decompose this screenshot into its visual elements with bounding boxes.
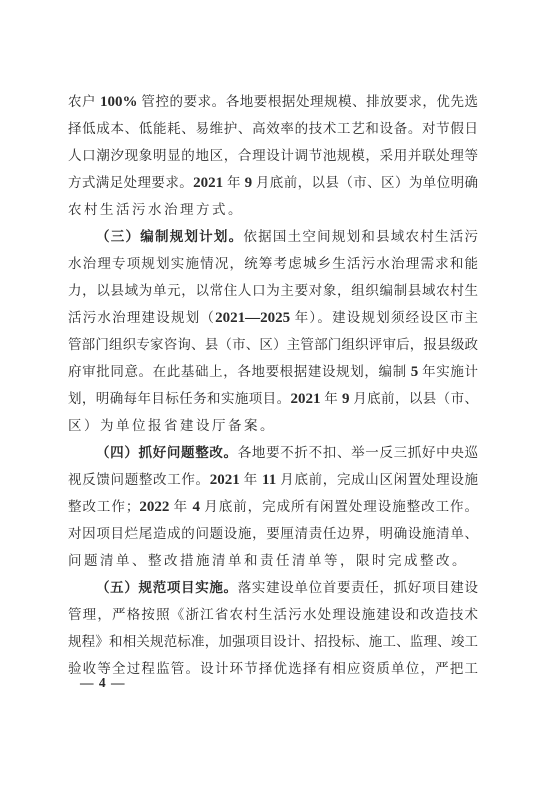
text-line: 农户 100% 管控的要求。各地要根据处理规模、排放要求，优先选	[68, 88, 478, 115]
clause-heading-text: （三）编制规划计划。	[96, 229, 243, 244]
body-text: 人口潮汐现象明显的地区，合理设计调节池规模，采用并联处理等	[68, 148, 478, 163]
numeric-text: 2021	[291, 391, 321, 407]
text-line: （五）规范项目实施。落实建设单位首要责任，抓好项目建设	[68, 574, 478, 601]
numeric-text: 9	[245, 175, 253, 191]
text-line: 区）为单位报省建设厅备案。	[68, 412, 478, 439]
numeric-text: 2021—2025	[215, 310, 290, 326]
text-line: 人口潮汐现象明显的地区，合理设计调节池规模，采用并联处理等	[68, 142, 478, 169]
numeric-text: 100%	[100, 94, 138, 110]
numeric-text: 11	[262, 472, 276, 488]
text-line: （三）编制规划计划。依据国土空间规划和县域农村生活污	[68, 223, 478, 250]
body-text: 依据国土空间规划和县域农村生活污	[243, 229, 478, 244]
text-line: 管理，严格按照《浙江省农村生活污水处理设施建设和改造技术	[68, 601, 478, 628]
body-text: 府审批同意。在此基础上，各地要根据建设规划，编制	[68, 364, 411, 379]
body-text: 管控的要求。各地要根据处理规模、排放要求，优先选	[138, 94, 479, 109]
document-page: 农户 100% 管控的要求。各地要根据处理规模、排放要求，优先选择低成本、低能耗…	[0, 0, 546, 800]
text-line: 力，以县域为单元，以常住人口为主要对象，组织编制县域农村生	[68, 277, 478, 304]
body-text: 活污水治理建设规划（	[68, 310, 215, 325]
body-text: 区）为单位报省建设厅备案。	[68, 418, 276, 433]
body-text: 水治理专项规划实施情况，统筹考虑城乡生活污水治理需求和能	[68, 256, 478, 271]
clause-heading-text: （四）抓好问题整改。	[96, 445, 238, 460]
numeric-text: 2022	[139, 499, 169, 515]
text-line: 视反馈问题整改工作。2021 年 11 月底前，完成山区闲置处理设施	[68, 466, 478, 493]
text-line: 问题清单、整改措施清单和责任清单等，限时完成整改。	[68, 547, 478, 574]
text-line: 择低成本、低能耗、易维护、高效率的技术工艺和设备。对节假日	[68, 115, 478, 142]
text-line: 活污水治理建设规划（2021—2025 年）。建设规划须经设区市主	[68, 304, 478, 331]
text-line: 验收等全过程监管。设计环节择优选择有相应资质单位，严把工	[68, 655, 478, 682]
clause-heading-text: （五）规范项目实施。	[96, 580, 238, 595]
text-line: （四）抓好问题整改。各地要不折不扣、举一反三抓好中央巡	[68, 439, 478, 466]
body-text: 划，明确每年目标任务和实施项目。	[68, 391, 291, 406]
body-text: 整改工作；	[68, 499, 139, 514]
body-text: 择低成本、低能耗、易维护、高效率的技术工艺和设备。对节假日	[68, 121, 478, 136]
body-text: 落实建设单位首要责任，抓好项目建设	[238, 580, 478, 595]
text-block: 农户 100% 管控的要求。各地要根据处理规模、排放要求，优先选择低成本、低能耗…	[68, 88, 478, 682]
body-text: 管部门组织专家咨询、县（市、区）主管部门组织评审后，报县级政	[68, 337, 478, 352]
body-text: 视反馈问题整改工作。	[68, 472, 210, 487]
body-text: 年	[169, 499, 192, 514]
body-text: 验收等全过程监管。设计环节择优选择有相应资质单位，严把工	[68, 661, 478, 676]
body-text: 方式满足处理要求。	[68, 175, 193, 190]
text-line: 管部门组织专家咨询、县（市、区）主管部门组织评审后，报县级政	[68, 331, 478, 358]
body-text: 月底前，以县（市、区）为单位明确	[252, 175, 478, 190]
body-text: 月底前，完成山区闲置处理设施	[276, 472, 478, 487]
body-text: 问题清单、整改措施清单和责任清单等，限时完成整改。	[68, 553, 468, 568]
numeric-text: 2021	[210, 472, 240, 488]
text-line: 划，明确每年目标任务和实施项目。2021 年 9 月底前，以县（市、	[68, 385, 478, 412]
body-text: 年）。建设规划须经设区市主	[290, 310, 478, 325]
body-text: 力，以县域为单元，以常住人口为主要对象，组织编制县域农村生	[68, 283, 478, 298]
text-line: 府审批同意。在此基础上，各地要根据建设规划，编制 5 年实施计	[68, 358, 478, 385]
text-line: 对因项目烂尾造成的问题设施，要厘清责任边界，明确设施清单、	[68, 520, 478, 547]
text-line: 规程》和相关规范标准，加强项目设计、招投标、施工、监理、竣工	[68, 628, 478, 655]
body-text: 管理，严格按照《浙江省农村生活污水处理设施建设和改造技术	[68, 607, 478, 622]
text-line: 方式满足处理要求。2021 年 9 月底前，以县（市、区）为单位明确	[68, 169, 478, 196]
body-text: 年	[321, 391, 342, 406]
body-text: 月底前，完成所有闲置处理设施整改工作。	[200, 499, 478, 514]
numeric-text: 4	[192, 499, 200, 515]
numeric-text: 2021	[193, 175, 223, 191]
body-text: 农村生活污水治理方式。	[68, 202, 244, 217]
page-number: — 4 —	[80, 674, 126, 692]
body-text: 对因项目烂尾造成的问题设施，要厘清责任边界，明确设施清单、	[68, 526, 478, 541]
body-text: 年	[223, 175, 244, 190]
body-text: 月底前，以县（市、	[349, 391, 478, 406]
text-line: 水治理专项规划实施情况，统筹考虑城乡生活污水治理需求和能	[68, 250, 478, 277]
body-text: 农户	[68, 94, 100, 109]
body-text: 各地要不折不扣、举一反三抓好中央巡	[238, 445, 478, 460]
text-line: 农村生活污水治理方式。	[68, 196, 478, 223]
text-line: 整改工作；2022 年 4 月底前，完成所有闲置处理设施整改工作。	[68, 493, 478, 520]
body-text: 年实施计	[418, 364, 478, 379]
body-text: 规程》和相关规范标准，加强项目设计、招投标、施工、监理、竣工	[68, 634, 478, 649]
body-text: 年	[240, 472, 262, 487]
